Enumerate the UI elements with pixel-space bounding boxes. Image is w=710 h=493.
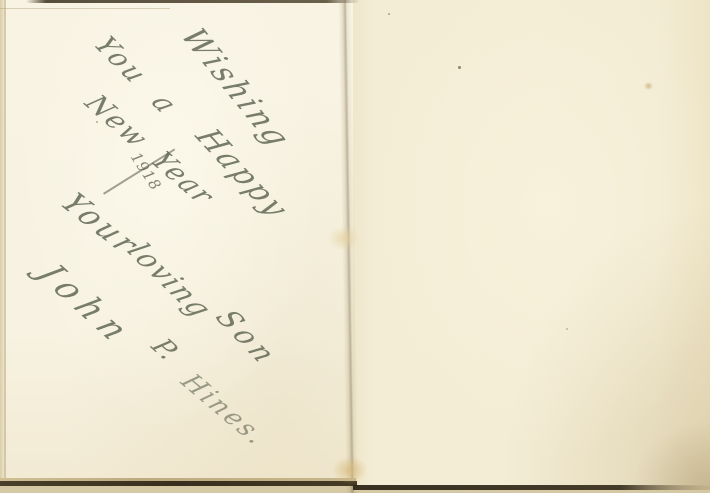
card-bottom-edge-dark-left (0, 481, 357, 486)
card-right-page (353, 0, 710, 486)
card-top-edge (26, 0, 360, 3)
stain-mark (332, 456, 368, 484)
stain-mark (644, 82, 653, 90)
card-left-page (4, 0, 353, 478)
greeting-card-scan: Wishing Happy You a New Year 1918 Your l… (0, 0, 710, 493)
speck-mark (566, 328, 568, 330)
card-corner-curl-shadow (630, 420, 710, 490)
stain-mark (328, 226, 360, 251)
card-top-inner-edge (0, 8, 170, 9)
card-left-edge (4, 0, 6, 478)
speck-mark (388, 13, 390, 15)
speck-mark (458, 66, 461, 69)
